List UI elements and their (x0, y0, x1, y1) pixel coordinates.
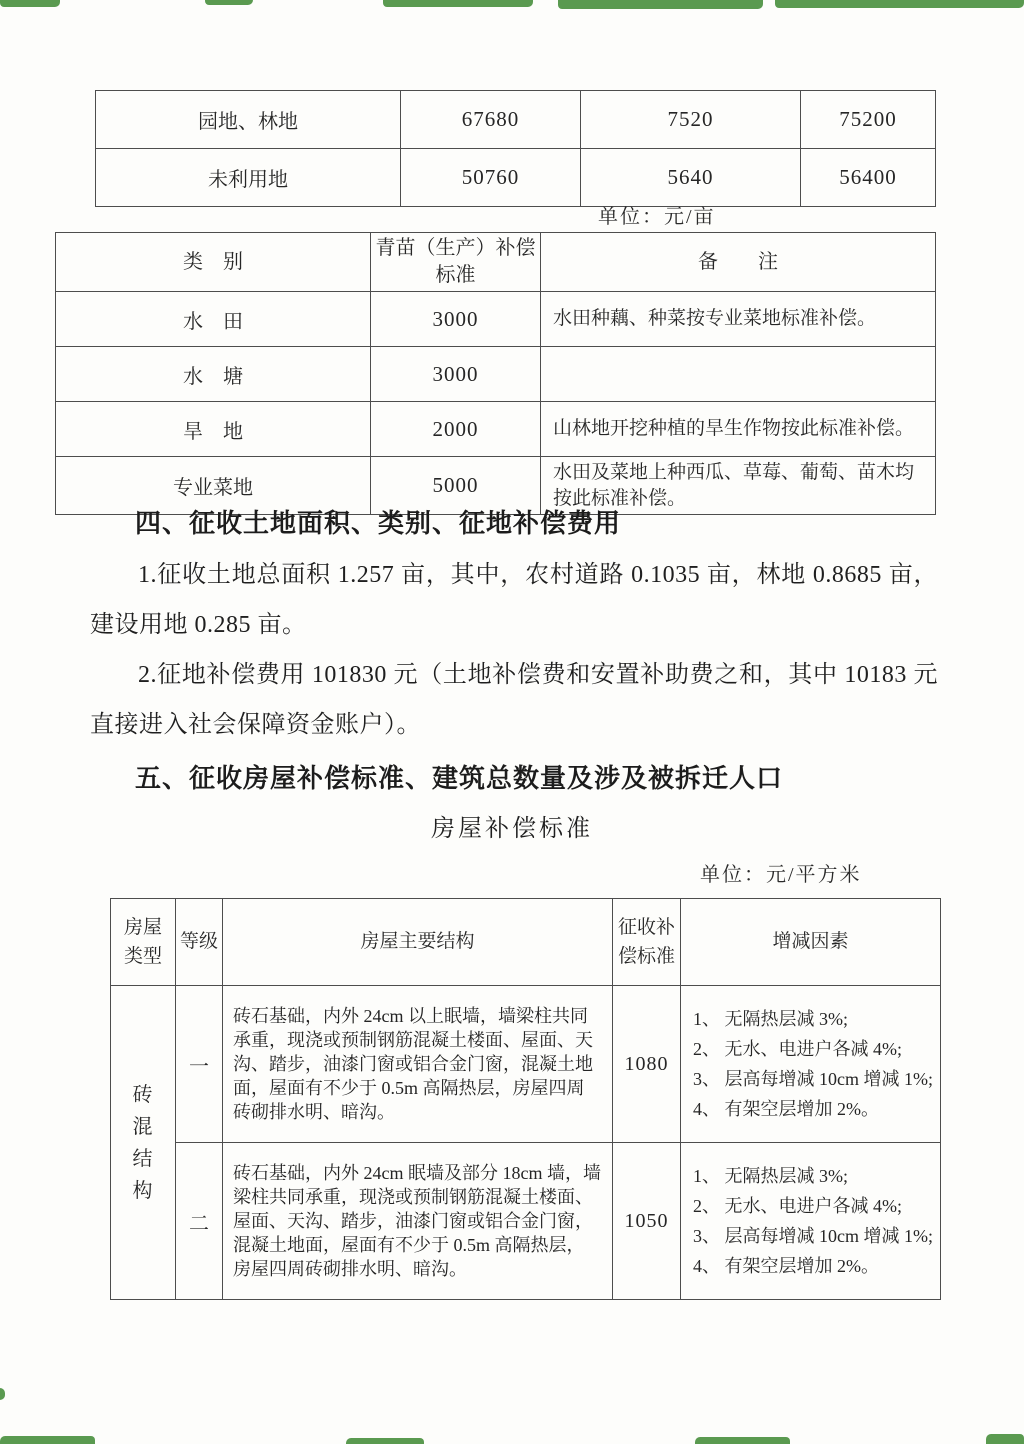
section-4-paragraph-2: 2.征地补偿费用 101830 元（土地补偿费和安置补助费之和，其中 10183… (90, 650, 938, 750)
note-cell: 山林地开挖种植的旱生作物按此标准补偿。 (541, 402, 936, 457)
table-row: 旱 地 2000 山林地开挖种植的旱生作物按此标准补偿。 (56, 402, 936, 457)
header-standard: 青苗（生产）补偿标准 (371, 233, 541, 292)
scan-edge-artifact (0, 1388, 5, 1400)
structure-description-cell: 砖石基础，内外 24cm 以上眠墙，墙梁柱共同承重，现浇或预制钢筋混凝土楼面、屋… (223, 986, 613, 1143)
land-category-cell: 园地、林地 (96, 91, 401, 149)
header-house-type: 房屋类型 (111, 899, 176, 986)
value-cell: 75200 (801, 91, 936, 149)
factor-item: 1、 无隔热层减 3%; (693, 1004, 928, 1034)
standard-cell: 1050 (613, 1143, 681, 1300)
scanned-document-page: 园地、林地 67680 7520 75200 未利用地 50760 5640 5… (0, 0, 1024, 1444)
note-cell (541, 347, 936, 402)
section-4-heading: 四、征收土地面积、类别、征地补偿费用 (135, 503, 621, 540)
crop-category-cell: 水 田 (56, 292, 371, 347)
header-compensation-standard: 征收补偿标准 (613, 899, 681, 986)
table-row: 砖混结构 一 砖石基础，内外 24cm 以上眠墙，墙梁柱共同承重，现浇或预制钢筋… (111, 986, 941, 1143)
scan-edge-artifact (0, 1436, 95, 1444)
unit-label-yuan-per-mu: 单位：元/亩 (598, 200, 716, 229)
crop-category-cell: 水 塘 (56, 347, 371, 402)
table-row: 未利用地 50760 5640 56400 (96, 149, 936, 207)
section-5-heading: 五、征收房屋补偿标准、建筑总数量及涉及被拆迁人口 (135, 758, 783, 795)
scan-edge-artifact (986, 1434, 1024, 1444)
table-header-row: 类 别 青苗（生产）补偿标准 备 注 (56, 233, 936, 292)
factor-item: 2、 无水、电进户各减 4%; (693, 1191, 928, 1221)
header-structure: 房屋主要结构 (223, 899, 613, 986)
factor-item: 3、 层高每增减 10cm 增减 1%; (693, 1221, 928, 1251)
grade-cell: 一 (176, 986, 223, 1143)
standard-cell: 3000 (371, 292, 541, 347)
standard-cell: 3000 (371, 347, 541, 402)
scan-edge-artifact (346, 1438, 424, 1444)
land-category-cell: 未利用地 (96, 149, 401, 207)
table-row: 二 砖石基础，内外 24cm 眠墙及部分 18cm 墙，墙梁柱共同承重，现浇或预… (111, 1143, 941, 1300)
scan-edge-artifact (383, 0, 533, 7)
value-cell: 67680 (401, 91, 581, 149)
table-row: 园地、林地 67680 7520 75200 (96, 91, 936, 149)
land-compensation-table: 园地、林地 67680 7520 75200 未利用地 50760 5640 5… (95, 90, 936, 207)
crop-compensation-table: 类 别 青苗（生产）补偿标准 备 注 水 田 3000 水田种藕、种菜按专业菜地… (55, 232, 936, 515)
house-type-cell: 砖混结构 (111, 986, 176, 1300)
value-cell: 7520 (581, 91, 801, 149)
table-row: 水 塘 3000 (56, 347, 936, 402)
header-category: 类 别 (56, 233, 371, 292)
value-cell: 56400 (801, 149, 936, 207)
note-cell: 水田种藕、种菜按专业菜地标准补偿。 (541, 292, 936, 347)
unit-label-yuan-per-sqm: 单位：元/平方米 (700, 858, 862, 887)
scan-edge-artifact (0, 0, 60, 7)
factors-cell: 1、 无隔热层减 3%; 2、 无水、电进户各减 4%; 3、 层高每增减 10… (681, 1143, 941, 1300)
scan-edge-artifact (205, 0, 253, 5)
value-cell: 50760 (401, 149, 581, 207)
factor-item: 4、 有架空层增加 2%。 (693, 1251, 928, 1281)
value-cell: 5640 (581, 149, 801, 207)
header-note: 备 注 (541, 233, 936, 292)
standard-cell: 2000 (371, 402, 541, 457)
structure-description-cell: 砖石基础，内外 24cm 眠墙及部分 18cm 墙，墙梁柱共同承重，现浇或预制钢… (223, 1143, 613, 1300)
factors-cell: 1、 无隔热层减 3%; 2、 无水、电进户各减 4%; 3、 层高每增减 10… (681, 986, 941, 1143)
house-compensation-table: 房屋类型 等级 房屋主要结构 征收补偿标准 增减因素 砖混结构 一 砖石基础，内… (110, 898, 941, 1300)
house-compensation-subtitle: 房屋补偿标准 (0, 808, 1024, 843)
factor-item: 3、 层高每增减 10cm 增减 1%; (693, 1064, 928, 1094)
table-header-row: 房屋类型 等级 房屋主要结构 征收补偿标准 增减因素 (111, 899, 941, 986)
crop-category-cell: 旱 地 (56, 402, 371, 457)
section-4-paragraph-1: 1.征收土地总面积 1.257 亩，其中，农村道路 0.1035 亩，林地 0.… (90, 550, 938, 650)
header-grade: 等级 (176, 899, 223, 986)
header-adjustment-factors: 增减因素 (681, 899, 941, 986)
scan-edge-artifact (558, 0, 763, 9)
factor-item: 1、 无隔热层减 3%; (693, 1161, 928, 1191)
factor-item: 2、 无水、电进户各减 4%; (693, 1034, 928, 1064)
factor-item: 4、 有架空层增加 2%。 (693, 1094, 928, 1124)
scan-edge-artifact (775, 0, 1024, 8)
table-row: 水 田 3000 水田种藕、种菜按专业菜地标准补偿。 (56, 292, 936, 347)
scan-edge-artifact (695, 1437, 790, 1444)
grade-cell: 二 (176, 1143, 223, 1300)
standard-cell: 1080 (613, 986, 681, 1143)
